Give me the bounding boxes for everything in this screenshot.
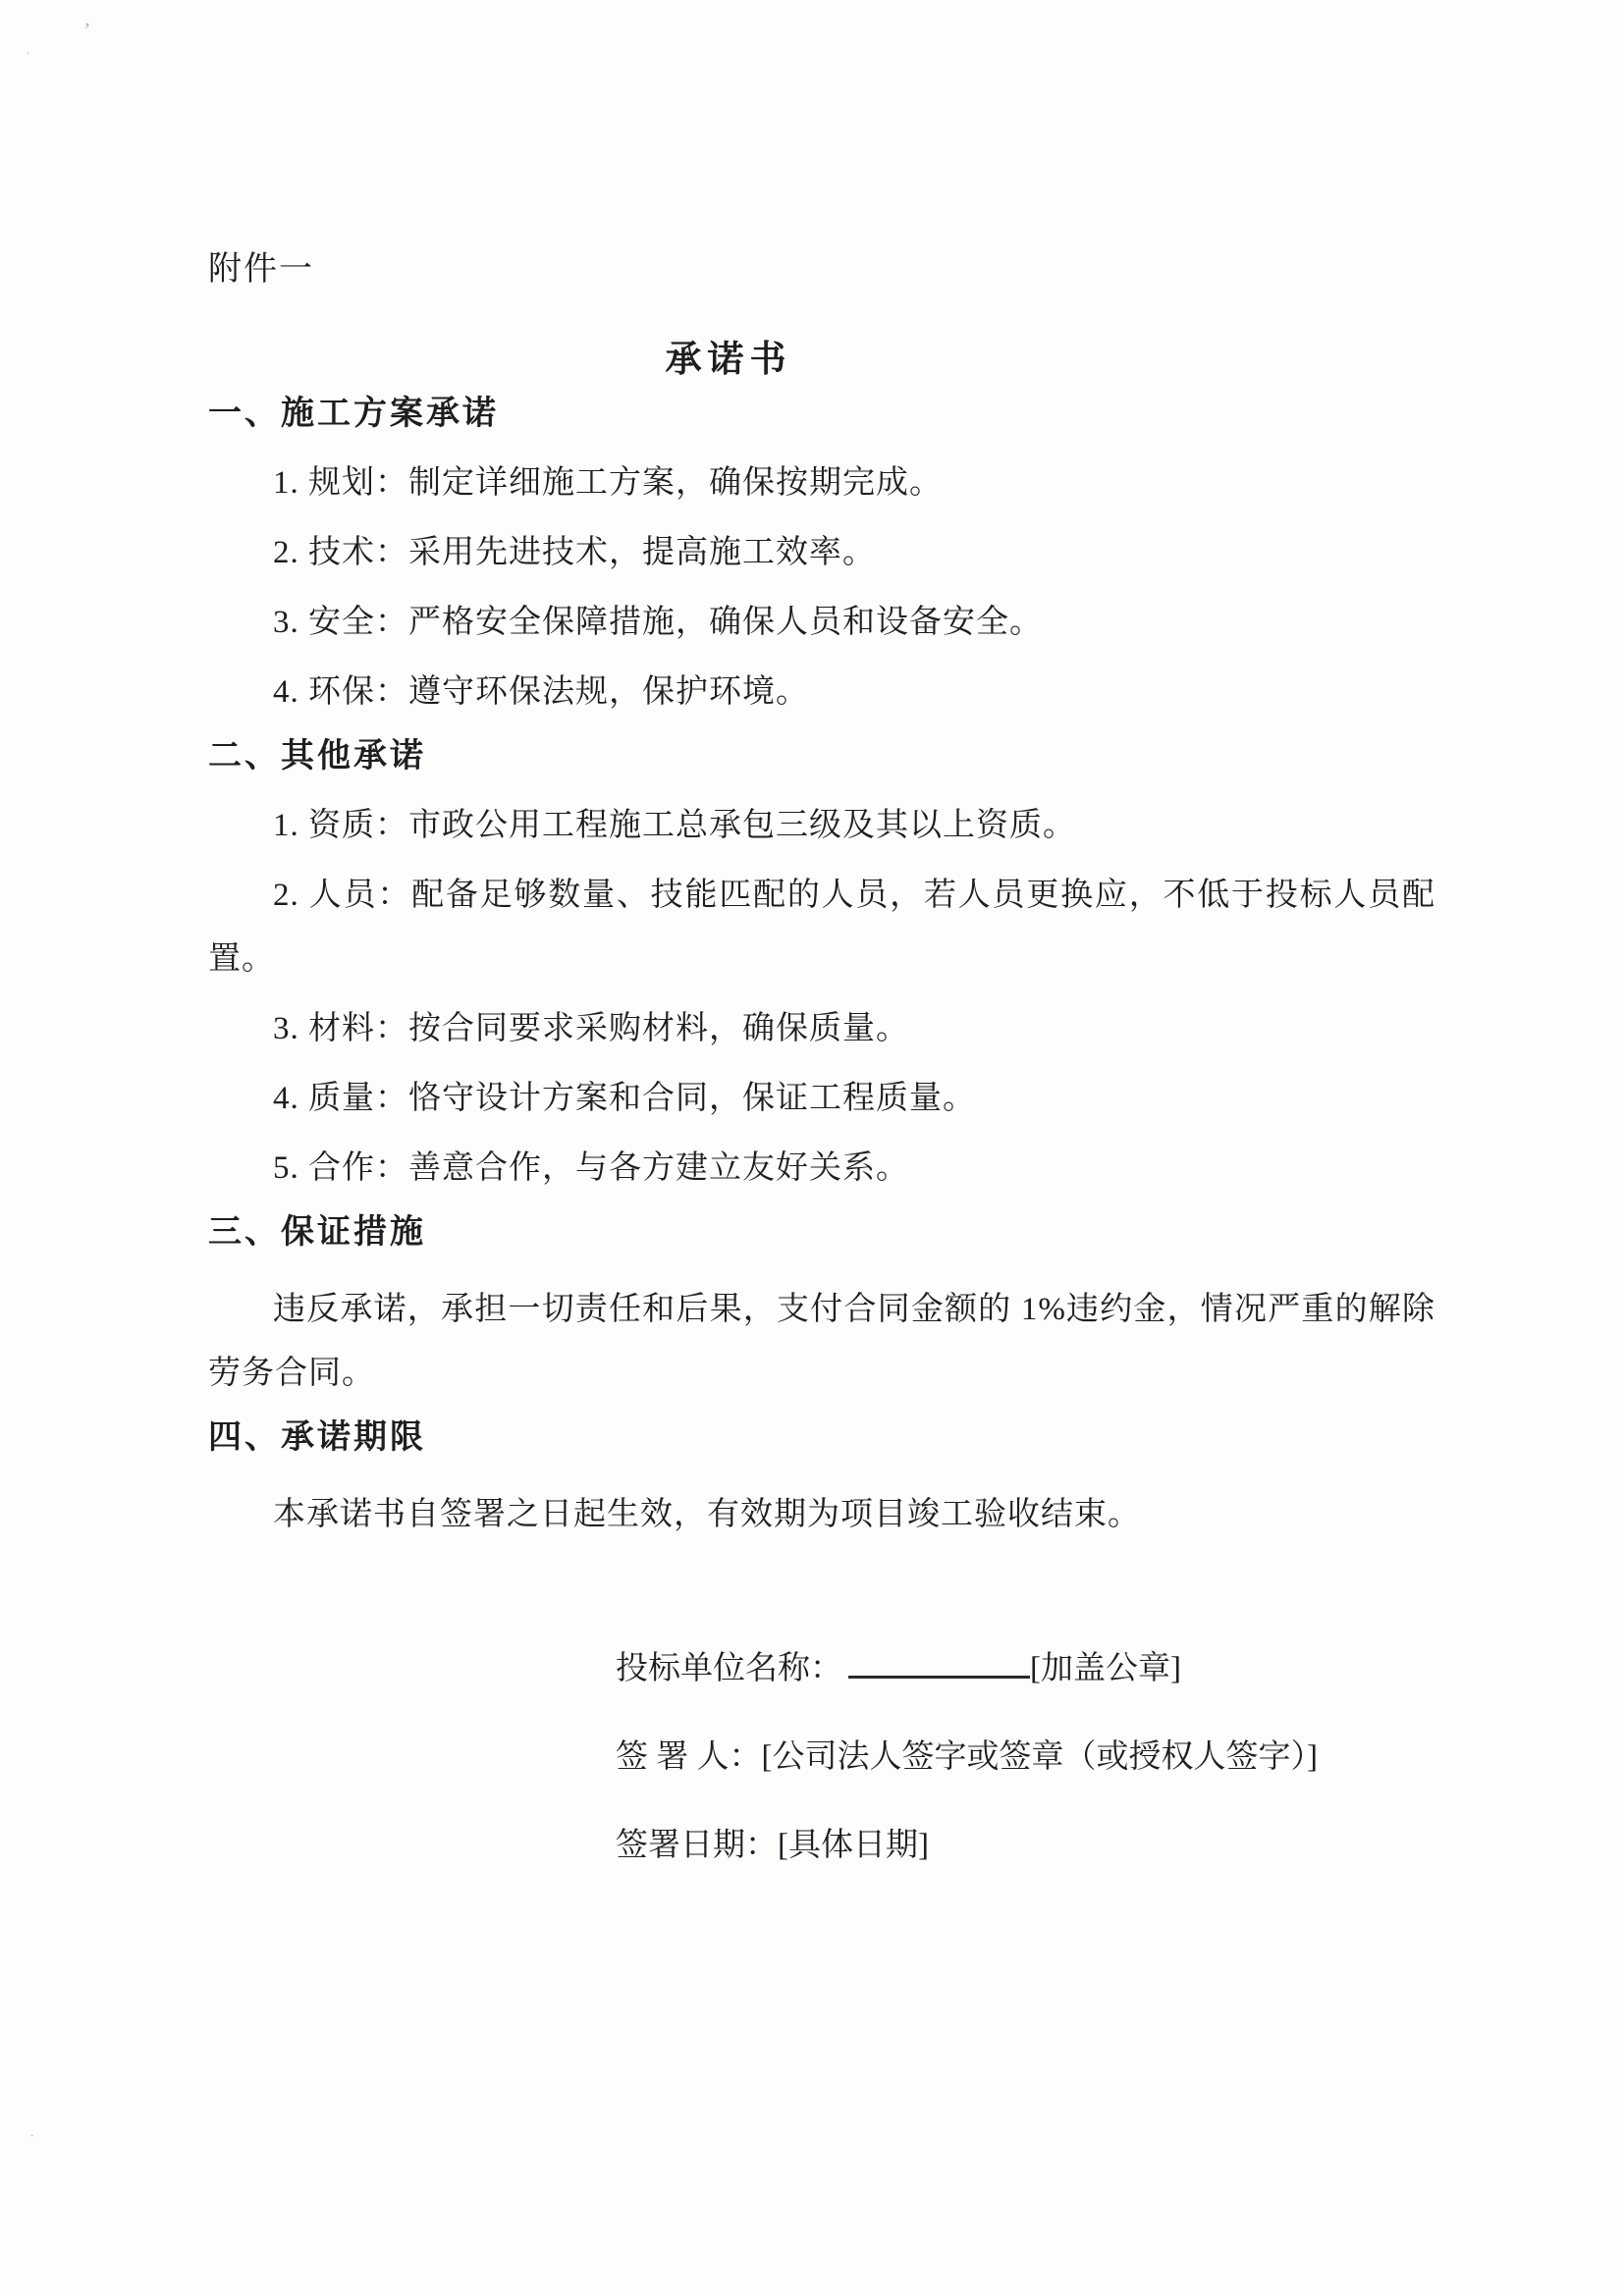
signature-blank-line <box>848 1670 1030 1679</box>
scan-artifact: ’ <box>80 18 92 44</box>
section-1-item-3: 3. 安全：严格安全保障措施，确保人员和设备安全。 <box>208 591 1435 655</box>
document-content: 附件一 承诺书 一、施工方案承诺 1. 规划：制定详细施工方案，确保按期完成。 … <box>208 0 1435 1877</box>
section-3-heading: 三、保证措施 <box>208 1201 1435 1264</box>
section-2-item-5: 5. 合作：善意合作，与各方建立友好关系。 <box>208 1137 1435 1201</box>
section-1-item-1: 1. 规划：制定详细施工方案，确保按期完成。 <box>208 452 1435 515</box>
sign-date-label: 签署日期： <box>616 1828 778 1863</box>
signer-label: 签 署 人： <box>616 1739 762 1775</box>
section-1-item-4: 4. 环保：遵守环保法规，保护环境。 <box>208 661 1435 724</box>
section-2-item-1: 1. 资质：市政公用工程施工总承包三级及其以上资质。 <box>208 794 1435 858</box>
section-1-heading: 一、施工方案承诺 <box>208 382 1435 446</box>
attachment-label: 附件一 <box>208 241 1435 290</box>
signature-signer-row: 签 署 人：[公司法人签字或签章（或授权人签字）] <box>616 1726 1435 1789</box>
scan-artifact: · <box>29 2128 34 2146</box>
document-title: 承诺书 <box>115 329 1342 382</box>
section-2-item-4: 4. 质量：恪守设计方案和合同，保证工程质量。 <box>208 1067 1435 1131</box>
document-page: ’ · · 附件一 承诺书 一、施工方案承诺 1. 规划：制定详细施工方案，确保… <box>0 0 1624 2296</box>
sign-date-value: [具体日期] <box>778 1828 929 1863</box>
section-2-item-3: 3. 材料：按合同要求采购材料，确保质量。 <box>208 997 1435 1061</box>
section-2-heading: 二、其他承诺 <box>208 724 1435 788</box>
signature-unit-row: 投标单位名称：[加盖公章] <box>616 1637 1435 1700</box>
section-1-item-2: 2. 技术：采用先进技术，提高施工效率。 <box>208 521 1435 585</box>
section-2-item-2: 2. 人员：配备足够数量、技能匹配的人员，若人员更换应，不低于投标人员配置。 <box>208 864 1435 991</box>
section-3-paragraph: 违反承诺，承担一切责任和后果，支付合同金额的 1%违约金，情况严重的解除劳务合同… <box>208 1278 1435 1406</box>
signature-block: 投标单位名称：[加盖公章] 签 署 人：[公司法人签字或签章（或授权人签字）] … <box>616 1637 1435 1877</box>
scan-artifact: · <box>26 47 30 63</box>
bidding-unit-label: 投标单位名称： <box>616 1651 842 1686</box>
section-4-paragraph: 本承诺书自签署之日起生效，有效期为项目竣工验收结束。 <box>208 1483 1435 1547</box>
signer-value: [公司法人签字或签章（或授权人签字）] <box>762 1739 1318 1775</box>
section-4-heading: 四、承诺期限 <box>208 1406 1435 1469</box>
seal-note: [加盖公章] <box>1030 1651 1181 1686</box>
signature-date-row: 签署日期：[具体日期] <box>616 1814 1435 1877</box>
